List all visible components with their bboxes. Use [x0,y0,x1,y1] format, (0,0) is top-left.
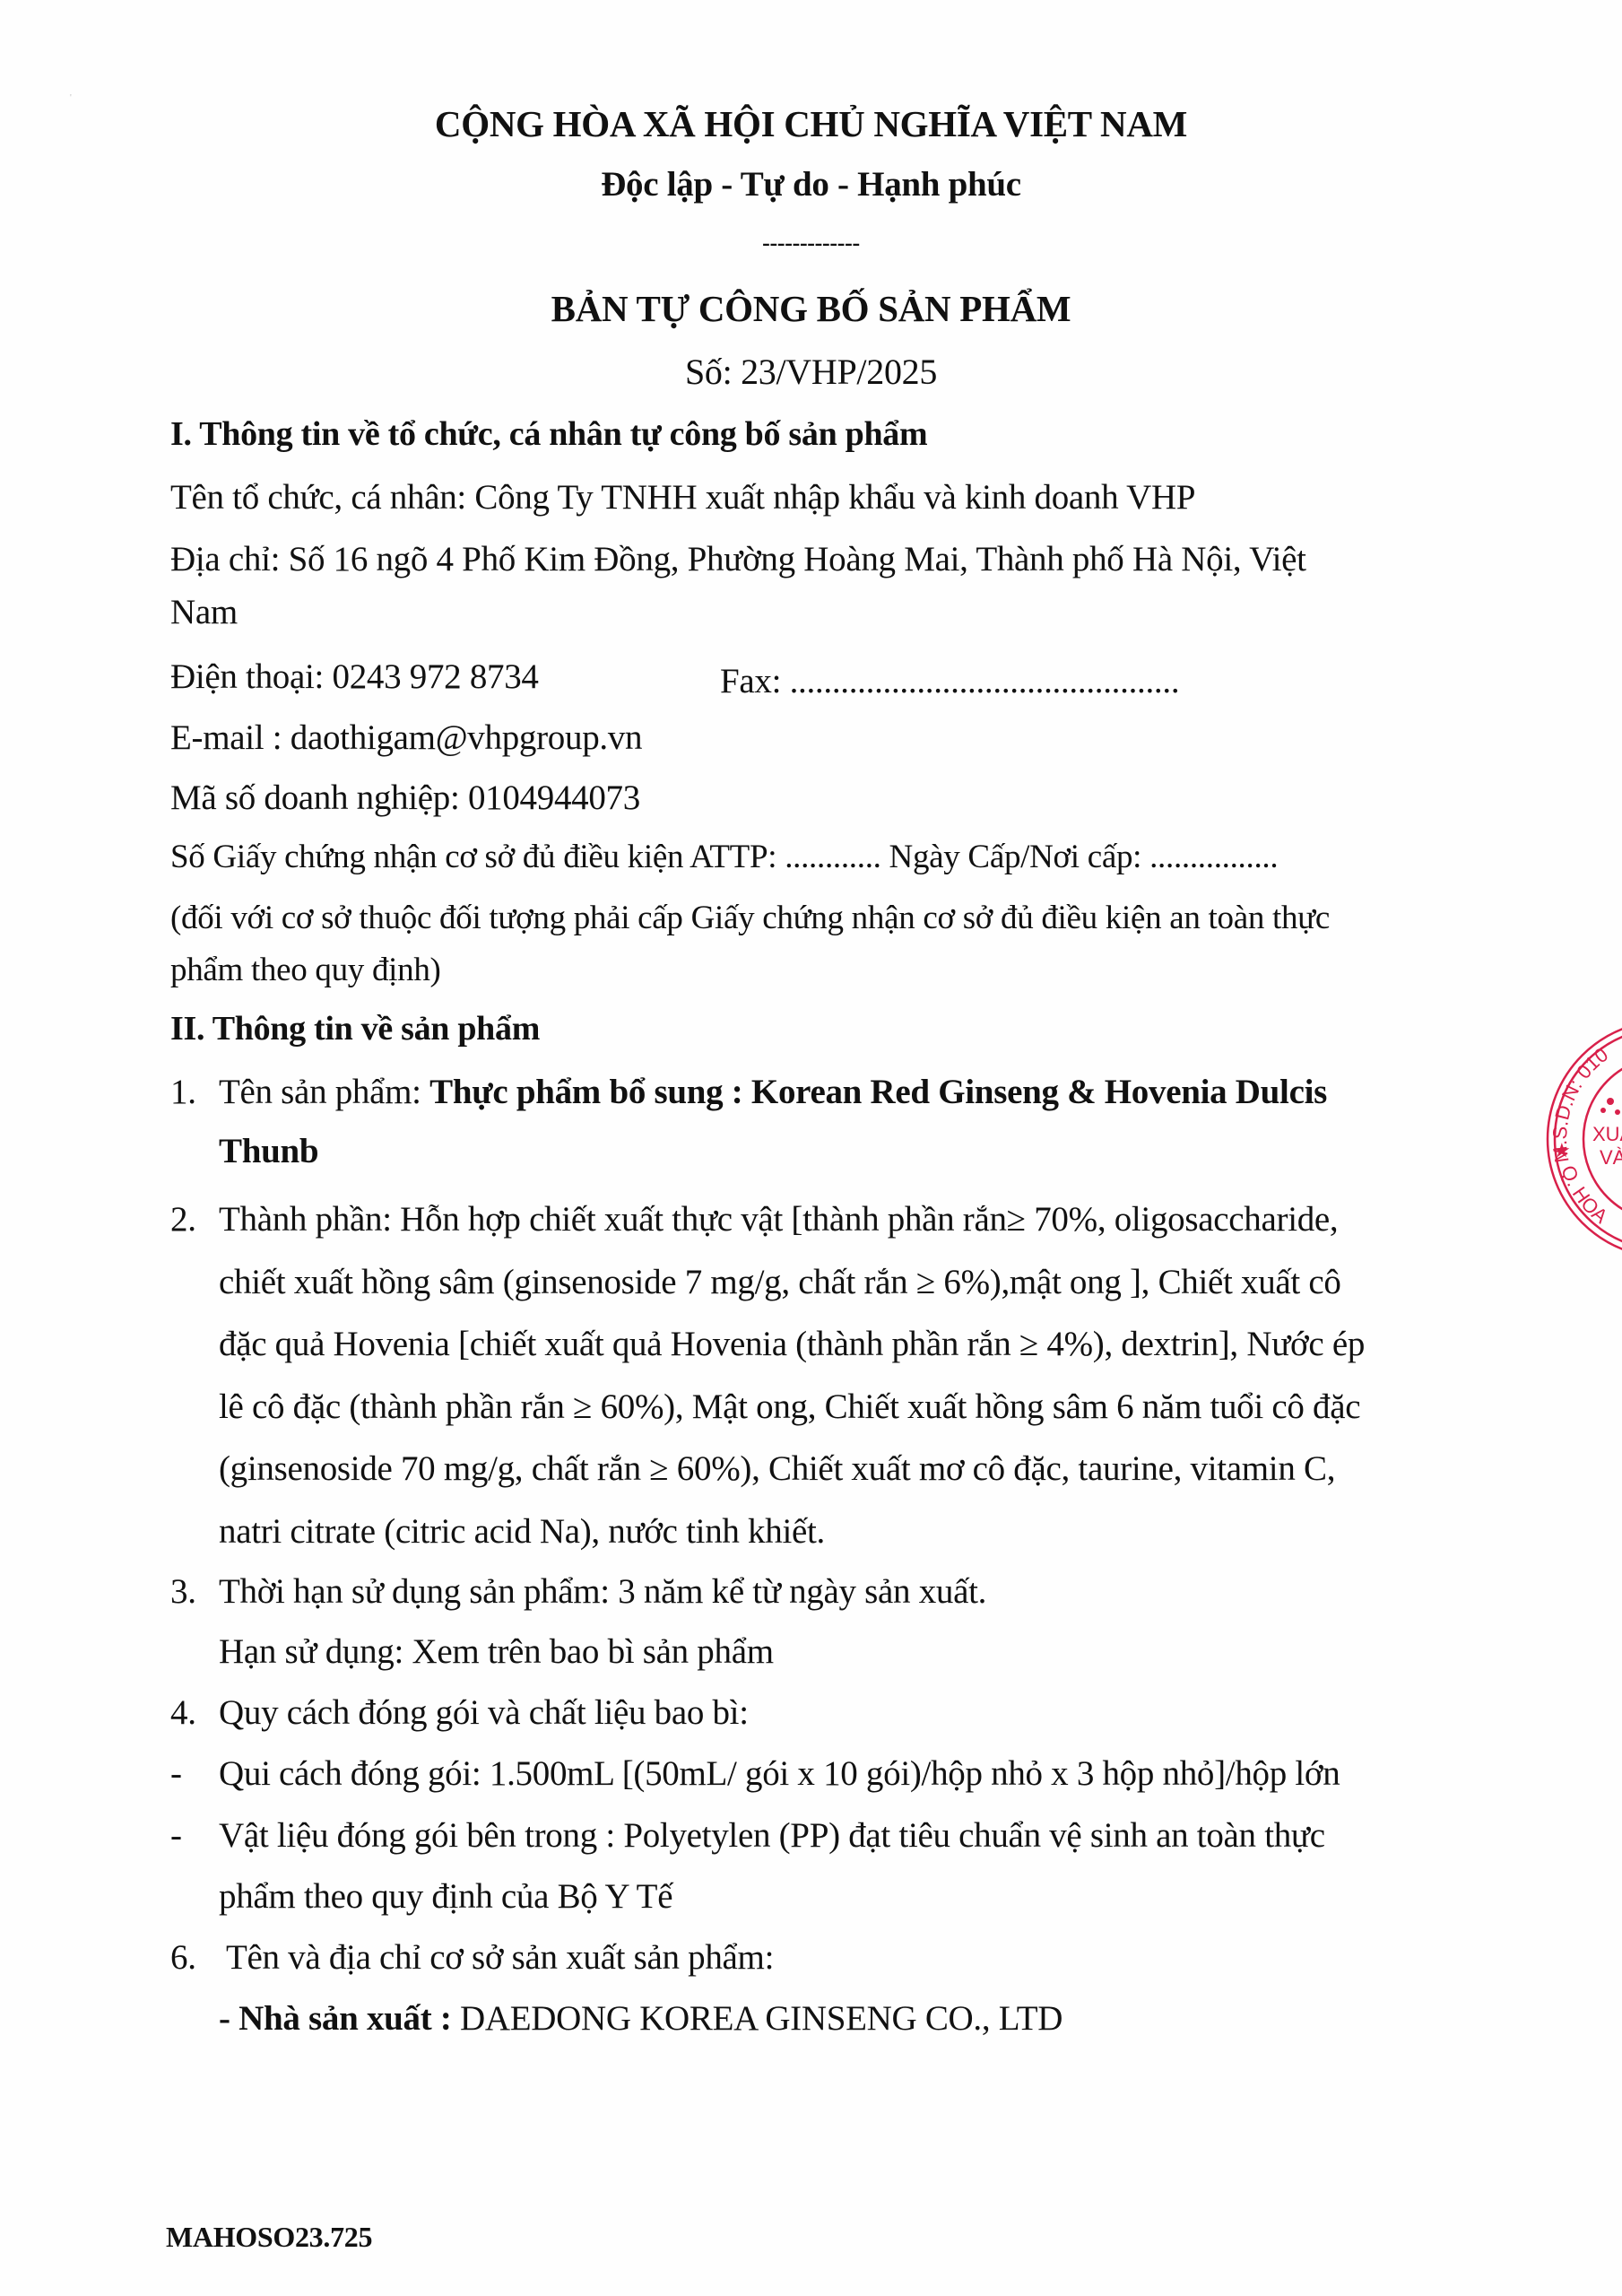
document-code: MAHOSO23.725 [166,2222,372,2251]
header-divider: ------------- [0,231,1622,255]
manufacturer-label: - Nhà sản xuất : [219,1999,460,2038]
packaging-material-cont: phẩm theo quy định của Bộ Y Tế [219,1879,672,1914]
stamp-inner-text-2: VÀ [1600,1146,1622,1169]
section-1-heading: I. Thông tin về tổ chức, cá nhân tự công… [170,417,927,451]
ingredients-line: lê cô đặc (thành phần rắn ≥ 60%), Mật on… [219,1389,1360,1424]
product-name-label: Tên sản phẩm: [219,1073,429,1111]
ingredients-line: natri citrate (citric acid Na), nước tin… [219,1514,825,1549]
food-safety-cert: Số Giấy chứng nhận cơ sở đủ điều kiện AT… [170,840,1278,874]
item-number: 6. [170,1940,196,1975]
ingredients-line: chiết xuất hồng sâm (ginsenoside 7 mg/g,… [219,1265,1341,1300]
item-number: 4. [170,1695,196,1730]
email: E-mail : daothigam@vhpgroup.vn [170,720,642,755]
phone: Điện thoại: 0243 972 8734 [170,659,539,694]
ingredients-line: đặc quả Hovenia [chiết xuất quả Hovenia … [219,1326,1365,1361]
ingredients-line: (ginsenoside 70 mg/g, chất rắn ≥ 60%), C… [219,1451,1335,1486]
product-name: Tên sản phẩm: Thực phẩm bổ sung : Korean… [219,1074,1327,1109]
cert-note-line-1: (đối với cơ sở thuộc đối tượng phải cấp … [170,901,1330,935]
manufacturer-value: DAEDONG KOREA GINSENG CO., LTD [460,1999,1063,2038]
bullet-dash: - [170,1756,182,1791]
bullet-dash: - [170,1818,182,1853]
manufacturer-heading: Tên và địa chỉ cơ sở sản xuất sản phẩm: [226,1940,774,1975]
product-name-cont: Thunb [219,1134,318,1169]
packaging-spec: Qui cách đóng gói: 1.500mL [(50mL/ gói x… [219,1756,1340,1791]
company-seal-stamp: M.S.D.N: 010 Q. HOA ★ XUẤ VÀ [1540,1004,1622,1274]
document-title: BẢN TỰ CÔNG BỐ SẢN PHẨM [0,291,1622,327]
document-number: Số: 23/VHP/2025 [0,354,1622,390]
tax-code: Mã số doanh nghiệp: 0104944073 [170,780,640,815]
manufacturer: - Nhà sản xuất : DAEDONG KOREA GINSENG C… [219,2001,1063,2036]
star-icon: ★ [1553,1139,1571,1161]
org-name: Tên tổ chức, cá nhân: Công Ty TNHH xuất … [170,480,1195,515]
expiry-note: Hạn sử dụng: Xem trên bao bì sản phẩm [219,1634,774,1669]
section-2-heading: II. Thông tin về sản phẩm [170,1012,540,1046]
item-number: 3. [170,1574,196,1609]
item-number: 1. [170,1074,196,1109]
packaging-heading: Quy cách đóng gói và chất liệu bao bì: [219,1695,749,1730]
fax: Fax: ...................................… [720,664,1179,699]
motto: Độc lập - Tự do - Hạnh phúc [0,167,1622,202]
stamp-inner-text-1: XUẤ [1592,1123,1622,1145]
product-name-value: Thực phẩm bổ sung : Korean Red Ginseng &… [429,1073,1327,1111]
address-line-1: Địa chỉ: Số 16 ngõ 4 Phố Kim Đồng, Phườn… [170,542,1306,577]
shelf-life: Thời hạn sử dụng sản phẩm: 3 năm kể từ n… [219,1574,986,1609]
nation-title: CỘNG HÒA XÃ HỘI CHỦ NGHĨA VIỆT NAM [0,106,1622,143]
ingredients-line: Thành phần: Hỗn hợp chiết xuất thực vật … [219,1202,1338,1237]
cert-note-line-2: phẩm theo quy định) [170,953,441,987]
packaging-material: Vật liệu đóng gói bên trong : Polyetylen… [219,1818,1325,1853]
item-number: 2. [170,1202,196,1237]
address-line-2: Nam [170,595,238,630]
scan-speck: ' [70,93,72,103]
stamp-bottom-text: Q. HOA [1557,1162,1612,1228]
